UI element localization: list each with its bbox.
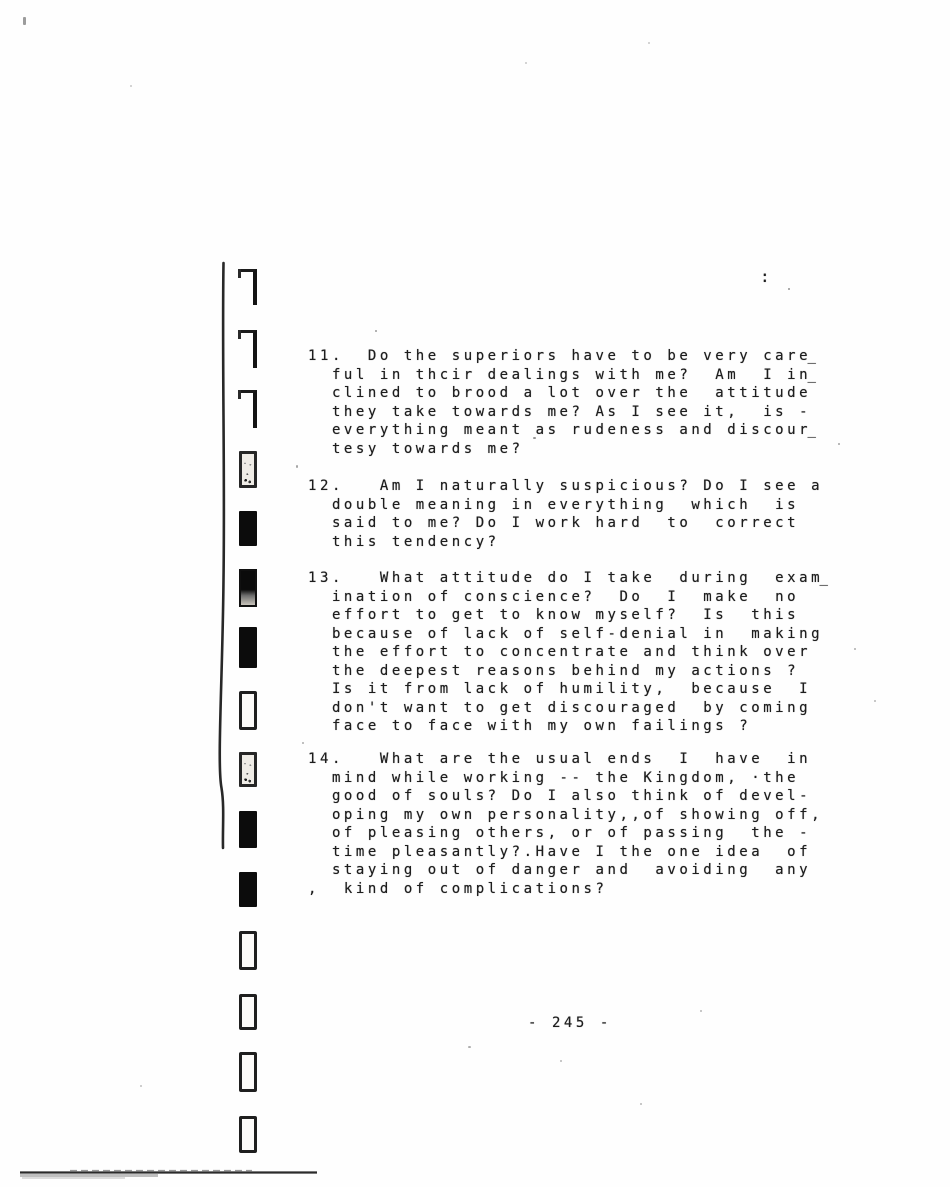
binding-hole-solid bbox=[239, 627, 257, 668]
scan-speck bbox=[23, 17, 26, 25]
binding-hole-speckled bbox=[239, 451, 257, 488]
binding-hole-bracket bbox=[239, 269, 257, 305]
question-item-12: 12. Am I naturally suspicious? Do I see … bbox=[308, 477, 823, 551]
scan-speck bbox=[788, 288, 790, 290]
scan-speck bbox=[640, 1103, 642, 1105]
binding-hole-solid bbox=[239, 511, 257, 546]
scanned-document-page: 11. Do the superiors have to be very car… bbox=[0, 0, 950, 1187]
binding-hole-speckled bbox=[239, 752, 257, 787]
binding-hole-outline bbox=[239, 1116, 257, 1153]
scan-speck bbox=[296, 465, 298, 468]
scan-speck bbox=[525, 62, 527, 64]
scan-speck bbox=[854, 648, 856, 650]
binding-hole-solid bbox=[239, 872, 257, 907]
binding-edge-line bbox=[220, 263, 224, 848]
binding-hole-outline bbox=[239, 691, 257, 730]
scan-speck bbox=[533, 437, 536, 439]
scan-speck bbox=[874, 700, 876, 702]
scan-speck bbox=[838, 443, 840, 445]
scan-speck bbox=[130, 85, 132, 87]
binding-hole-bracket bbox=[239, 390, 257, 428]
stray-colon-mark: : bbox=[760, 268, 770, 287]
scan-speck bbox=[560, 1060, 562, 1062]
question-item-14: 14. What are the usual ends I have in mi… bbox=[308, 750, 823, 898]
question-item-11: 11. Do the superiors have to be very car… bbox=[308, 347, 820, 458]
binding-hole-outline bbox=[239, 931, 257, 970]
binding-hole-bracket bbox=[239, 330, 257, 368]
scan-speck bbox=[700, 1010, 702, 1012]
question-item-13: 13. What attitude do I take during exam̲… bbox=[308, 569, 832, 736]
scan-speck bbox=[648, 42, 650, 44]
binding-hole-outline bbox=[239, 1052, 257, 1092]
binding-hole-solid bbox=[239, 811, 257, 848]
scan-speck bbox=[302, 742, 304, 744]
page-number: - 245 - bbox=[528, 1014, 612, 1033]
binding-hole-mixed bbox=[239, 569, 257, 607]
scan-speck bbox=[140, 1085, 142, 1087]
scan-speck bbox=[375, 330, 377, 332]
binding-hole-outline bbox=[239, 994, 257, 1030]
scan-speck bbox=[468, 1046, 471, 1048]
